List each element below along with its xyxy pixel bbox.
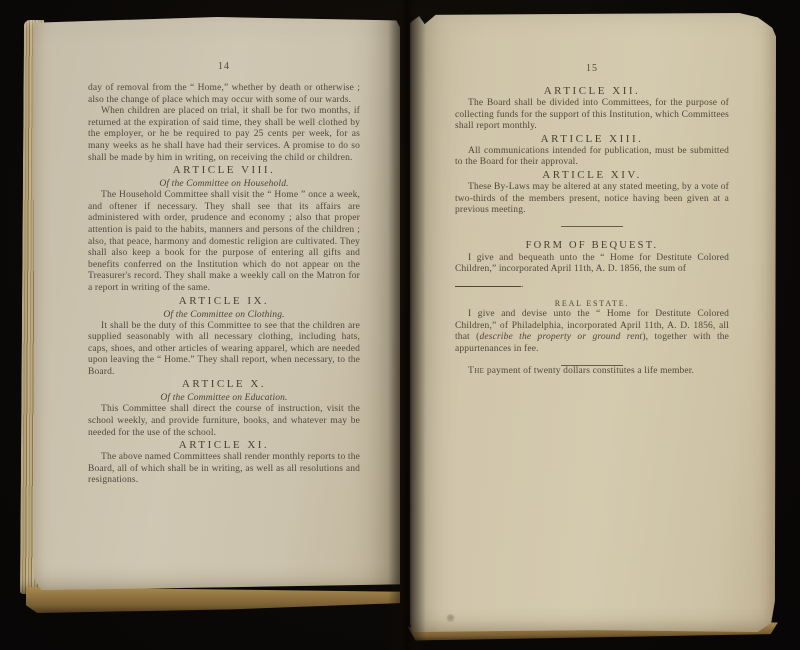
life-member-lead: The [468, 366, 484, 376]
article-x-heading: ARTICLE X. [88, 378, 360, 391]
form-of-bequest-heading: FORM OF BEQUEST. [455, 239, 729, 253]
article-viii-subheading: Of the Committee on Household. [88, 178, 360, 190]
paragraph-children-on-trial: When children are placed on trial, it sh… [88, 106, 360, 164]
left-page-text-column: 14 day of removal from the “ Home,” whet… [88, 61, 360, 487]
page-edges-bottom-left [26, 587, 400, 613]
real-estate-body: I give and devise unto the “ Home for De… [455, 309, 729, 355]
article-xiii-body: All communications intended for publicat… [455, 146, 729, 169]
page-number-right: 15 [455, 63, 729, 75]
article-x-subheading: Of the Committee on Education. [88, 392, 360, 404]
section-rule [561, 226, 623, 227]
real-estate-body-italic: describe the property or ground rent [479, 332, 642, 342]
article-x-body: This Committee shall direct the course o… [88, 404, 360, 439]
article-xii-heading: ARTICLE XII. [455, 85, 729, 98]
article-xiv-heading: ARTICLE XIV. [455, 169, 729, 182]
blank-line-period: . [521, 280, 524, 290]
article-xi-body: The above named Committees shall render … [88, 452, 360, 487]
article-xiii-heading: ARTICLE XIII. [455, 133, 729, 146]
page-number-left: 14 [88, 61, 360, 73]
right-page-text-column: 15 ARTICLE XII. The Board shall be divid… [455, 63, 729, 378]
article-ix-heading: ARTICLE IX. [88, 295, 360, 308]
blank-line [455, 278, 521, 287]
article-viii-heading: ARTICLE VIII. [88, 164, 360, 177]
life-member-note: The payment of twenty dollars constitute… [455, 366, 729, 378]
left-page: 14 day of removal from the “ Home,” whet… [34, 17, 400, 590]
article-xii-body: The Board shall be divided into Committe… [455, 98, 729, 133]
article-xi-heading: ARTICLE XI. [88, 439, 360, 452]
life-member-rest: payment of twenty dollars constitutes a … [484, 366, 694, 376]
ink-smudge [446, 614, 455, 622]
article-xiv-body: These By-Laws may be altered at any stat… [455, 182, 729, 217]
bequest-sum-line: . [455, 278, 729, 291]
article-viii-body: The Household Committee shall visit the … [88, 190, 360, 294]
form-of-bequest-body: I give and bequeath unto the “ Home for … [455, 253, 729, 276]
article-ix-body: It shall be the duty of this Committee t… [88, 321, 360, 379]
section-rule-2 [561, 365, 623, 366]
right-page: 15 ARTICLE XII. The Board shall be divid… [410, 13, 776, 632]
book-scan: 14 day of removal from the “ Home,” whet… [0, 0, 800, 650]
paragraph-removal-continuation: day of removal from the “ Home,” whether… [88, 83, 360, 106]
article-ix-subheading: Of the Committee on Clothing. [88, 309, 360, 321]
real-estate-heading: REAL ESTATE. [455, 299, 729, 309]
